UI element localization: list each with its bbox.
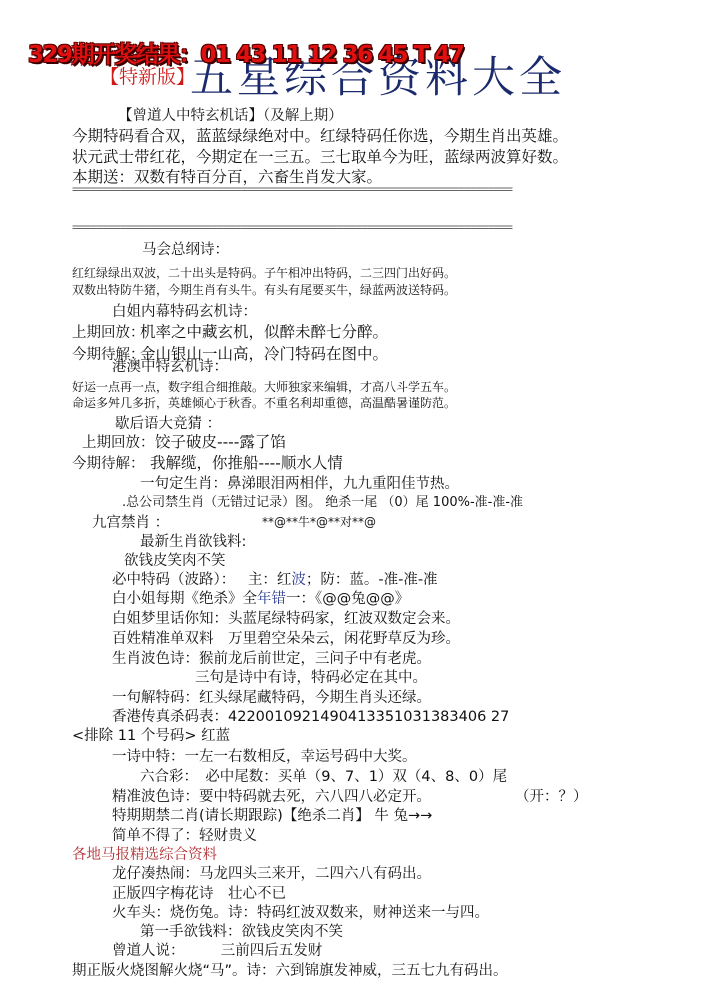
plum-poem-line: 正版四字梅花诗 壮心不已 — [112, 882, 286, 903]
wave-main: 主：红 — [248, 572, 292, 588]
section1-heading: 【曾道人中特玄机话】（及解上期） — [118, 104, 343, 125]
section4-line-1: 好运一点再一点，数字组合细推敲。大师独家来编辑，才高八斗学五车。 — [72, 378, 456, 395]
exclude-line: <排除 11 个号码> 红蓝 — [72, 724, 230, 745]
nine-palace-label: 九宫禁肖 ： — [92, 511, 169, 532]
mark-six-line: 六合彩： 必中尾数：买单（9、7、1）双（4、8、0）尾 — [140, 765, 507, 786]
bai-kill-text: 白小姐每期《绝杀》全 — [112, 591, 257, 607]
company-ban-line: .总公司禁生肖（无错过记录）图。 绝杀一尾 （0）尾 100%-准-准-准 — [122, 491, 523, 510]
bai-kill-line: 白小姐每期《绝杀》全年错一：《@@兔@@》 — [112, 587, 409, 608]
one-line-special: 一句解特码：红头绿尾藏特码，今期生肖头还绿。 — [112, 686, 431, 707]
section5-prev-text: 饺子破皮----露了馅 — [155, 430, 286, 452]
section2-line-2: 双数出特防牛猪，今期生肖有头牛。有头有尾要买牛，绿蓝两波送特码。 — [72, 281, 456, 298]
section1-line-2: 状元武士带红花，今期定在一三五。三七取单今为旺，蓝绿两波算好数。 — [72, 145, 568, 167]
section2-line-1: 红红绿绿出双波，二十出头是特码。子午相冲出特码，二三四门出好码。 — [72, 264, 456, 281]
section5-now-text: 我解缆，你推船----顺水人情 — [150, 451, 343, 473]
bai-kill-value: 一：《@@兔@@》 — [286, 591, 409, 607]
wave-poem-2: 三句是诗中有诗，特码必定在其中。 — [195, 666, 427, 687]
precise-wave-line: 精准波色诗：要中特码就去死，六八四八必定开。 — [112, 785, 431, 806]
poem-special: 一诗中特：一左一右数相反，幸运号码中大奖。 — [112, 745, 417, 766]
section4-heading: 港澳中特玄机诗： — [112, 355, 228, 376]
section3-heading: 白姐内幕特码玄机诗： — [112, 300, 257, 321]
section5-prev-label: 上期回放： — [82, 431, 155, 452]
fire-horse-line: 期正版火烧图解火烧“马”。诗：六到锦旗发神威，三五七九有码出。 — [72, 959, 508, 980]
section2-heading: 马会总纲诗： — [142, 238, 229, 259]
zodiac-line: 一句定生肖：鼻涕眼泪两相伴，九九重阳佳节热。 — [140, 472, 459, 493]
ban-two-line: 特期期禁二肖(请长期跟踪)【绝杀二肖】 牛 兔→→ — [112, 804, 432, 825]
hk-fax-line: 香港传真杀码表：4220010921490413351031383406 27 — [112, 705, 509, 726]
dragon-boy-line: 龙仔凑热闹：马龙四头三来开，二四六八有码出。 — [112, 862, 431, 883]
wave-rest: ；防：蓝。-准-准-准 — [306, 572, 438, 588]
latest-heading: 最新生肖欲钱料: — [140, 530, 246, 551]
open-label: （开：？） — [515, 785, 588, 806]
separator: ========================================… — [72, 220, 592, 234]
section3-prev-text: 机率之中藏玄机，似醉未醉七分醉。 — [140, 320, 388, 342]
wave-line: 必中特码（波路）： 主：红波；防：蓝。-准-准-准 — [112, 568, 438, 589]
simple-line: 简单不得了：轻财贵义 — [112, 824, 257, 845]
bai-kill-highlight: 年错 — [257, 591, 286, 607]
zeng-says-line: 曾道人说： 三前四后五发财 — [112, 939, 322, 960]
nine-palace-value: **@**牛*@**对**@ — [262, 513, 376, 530]
section4-line-2: 命运多舛几多折，英雄倾心于秋香。不重名利却重德，高温酷暑谨防范。 — [72, 394, 456, 411]
latest-text: 欲钱皮笑肉不笑 — [124, 549, 226, 570]
wave-poem-1: 生肖波色诗：猴前龙后前世定，三问子中有老虎。 — [112, 647, 431, 668]
train-head-line: 火车头：烧伤兔。诗：特码红波双数来，财神送来一与四。 — [112, 901, 489, 922]
first-hand-line: 第一手欲钱料：欲钱皮笑肉不笑 — [140, 920, 343, 941]
section3-prev-label: 上期回放： — [72, 321, 145, 342]
regional-heading: 各地马报精选综合资料 — [72, 843, 217, 864]
folk-line: 百姓精准单双料 万里碧空朵朵云，闲花野草反为珍。 — [112, 627, 460, 648]
dream-line: 白姐梦里话你知：头蓝尾绿特码家，红波双数定会来。 — [112, 607, 460, 628]
section5-now-label: 今期待解： — [72, 452, 145, 473]
separator: ========================================… — [72, 182, 592, 196]
wave-label: 必中特码（波路）： — [112, 572, 235, 588]
wave-main-blue: 波 — [291, 572, 306, 588]
section1-line-1: 今期特码看合双，蓝蓝绿绿绝对中。红绿特码任你选，今期生肖出英雄。 — [72, 124, 568, 146]
result-banner: 329期开奖结果：01 43 11 12 36 45 T 47 — [28, 36, 463, 69]
